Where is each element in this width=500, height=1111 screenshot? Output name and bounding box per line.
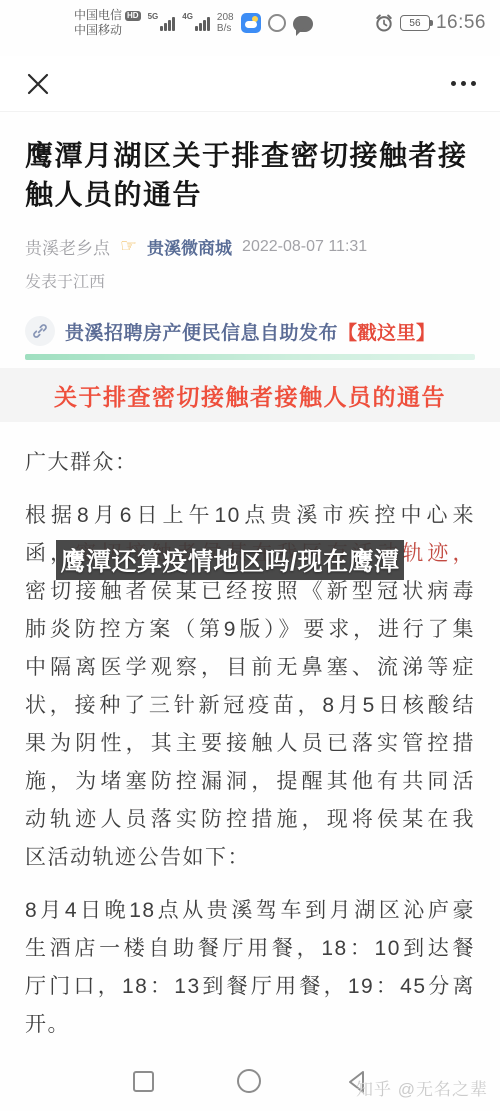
carrier-names: 中国电信 HD 中国移动 — [74, 8, 141, 38]
notice-text: 广大群众： 根据8月6日上午10点贵溪市疾控中心来 函，密切接触者侯某在我区有活… — [0, 444, 500, 1044]
promo-text: 贵溪招聘房产便民信息自助发布【戳这里】 — [65, 318, 436, 345]
body-line: 施，为堵塞防控漏洞，提醒其他有共同活 — [25, 763, 475, 801]
body-line: 生酒店一楼自助餐厅用餐，18：10到达餐 — [25, 930, 475, 968]
home-button[interactable] — [237, 1069, 261, 1093]
status-bar: 中国电信 HD 中国移动 5G 4G 208 B/s — [0, 0, 500, 56]
page-title: 鹰潭月湖区关于排查密切接触者接触人员的通告 — [0, 112, 500, 214]
publish-time: 2022-08-07 11:31 — [242, 238, 367, 256]
recents-button[interactable] — [133, 1071, 154, 1092]
pointing-hand-icon: ☞ — [120, 235, 137, 258]
body-line: 8月4日晚18点从贵溪驾车到月湖区沁庐豪 — [25, 892, 475, 930]
publish-location: 发表于江西 — [0, 259, 500, 292]
status-right: 56 16:56 — [374, 8, 486, 34]
notice-band: 关于排查密切接触者接触人员的通告 — [0, 368, 500, 422]
author-name[interactable]: 贵溪老乡点 — [25, 234, 110, 259]
battery-percent: 56 — [409, 18, 420, 29]
body-line: 果为阴性，其主要接触人员已落实管控措 — [25, 725, 475, 763]
android-nav-bar: 知乎 @无名之辈 — [0, 1057, 500, 1111]
body-line: 状，接种了三针新冠疫苗，8月5日核酸结 — [25, 687, 475, 725]
link-icon — [25, 316, 55, 346]
close-icon[interactable] — [24, 70, 52, 98]
body-line: 开。 — [25, 1006, 475, 1044]
alarm-clock-icon — [374, 13, 394, 33]
greeting-line: 广大群众： — [25, 444, 475, 482]
zhihu-watermark: 知乎 @无名之辈 — [356, 1075, 488, 1100]
body-line: 根据8月6日上午10点贵溪市疾控中心来 — [25, 497, 475, 535]
body-line: 区活动轨迹公告如下： — [25, 839, 475, 877]
overlay-caption: 鹰潭还算疫情地区吗/现在鹰潭 — [56, 540, 404, 580]
byline: 贵溪老乡点 ☞ 贵溪微商城 2022-08-07 11:31 — [0, 214, 500, 259]
sync-circle-icon — [268, 14, 286, 32]
phone-screen: 中国电信 HD 中国移动 5G 4G 208 B/s — [0, 0, 500, 1111]
weather-app-icon — [241, 13, 261, 33]
carrier-1-label: 中国电信 — [74, 8, 122, 23]
account-link[interactable]: 贵溪微商城 — [147, 234, 232, 259]
body-line: 中隔离医学观察，目前无鼻塞、流涕等症 — [25, 649, 475, 687]
promo-highlight: 【戳这里】 — [338, 323, 436, 344]
promo-banner[interactable]: 贵溪招聘房产便民信息自助发布【戳这里】 — [25, 316, 475, 346]
notice-heading: 关于排查密切接触者接触人员的通告 — [54, 379, 446, 412]
clock-time: 16:56 — [436, 12, 486, 34]
hd-badge: HD — [125, 11, 141, 21]
chat-bubble-icon — [293, 16, 313, 32]
battery-indicator: 56 — [400, 15, 430, 31]
status-left: 中国电信 HD 中国移动 5G 4G 208 B/s — [74, 8, 313, 38]
body-line: 厅门口，18：13到餐厅用餐，19：45分离 — [25, 968, 475, 1006]
signal-bars-5g-icon: 5G — [148, 10, 176, 36]
body-line: 动轨迹人员落实防控措施，现将侯某在我 — [25, 801, 475, 839]
more-options-icon[interactable] — [451, 75, 476, 92]
paragraph-2: 8月4日晚18点从贵溪驾车到月湖区沁庐豪 生酒店一楼自助餐厅用餐，18：10到达… — [25, 892, 475, 1044]
carrier-2-label: 中国移动 — [74, 23, 141, 38]
green-divider-bar — [25, 354, 475, 360]
signal-bars-4g-icon: 4G — [182, 10, 210, 36]
article-header — [0, 56, 500, 112]
network-speed: 208 B/s — [217, 12, 234, 34]
body-line: 肺炎防控方案（第9版）》要求，进行了集 — [25, 611, 475, 649]
